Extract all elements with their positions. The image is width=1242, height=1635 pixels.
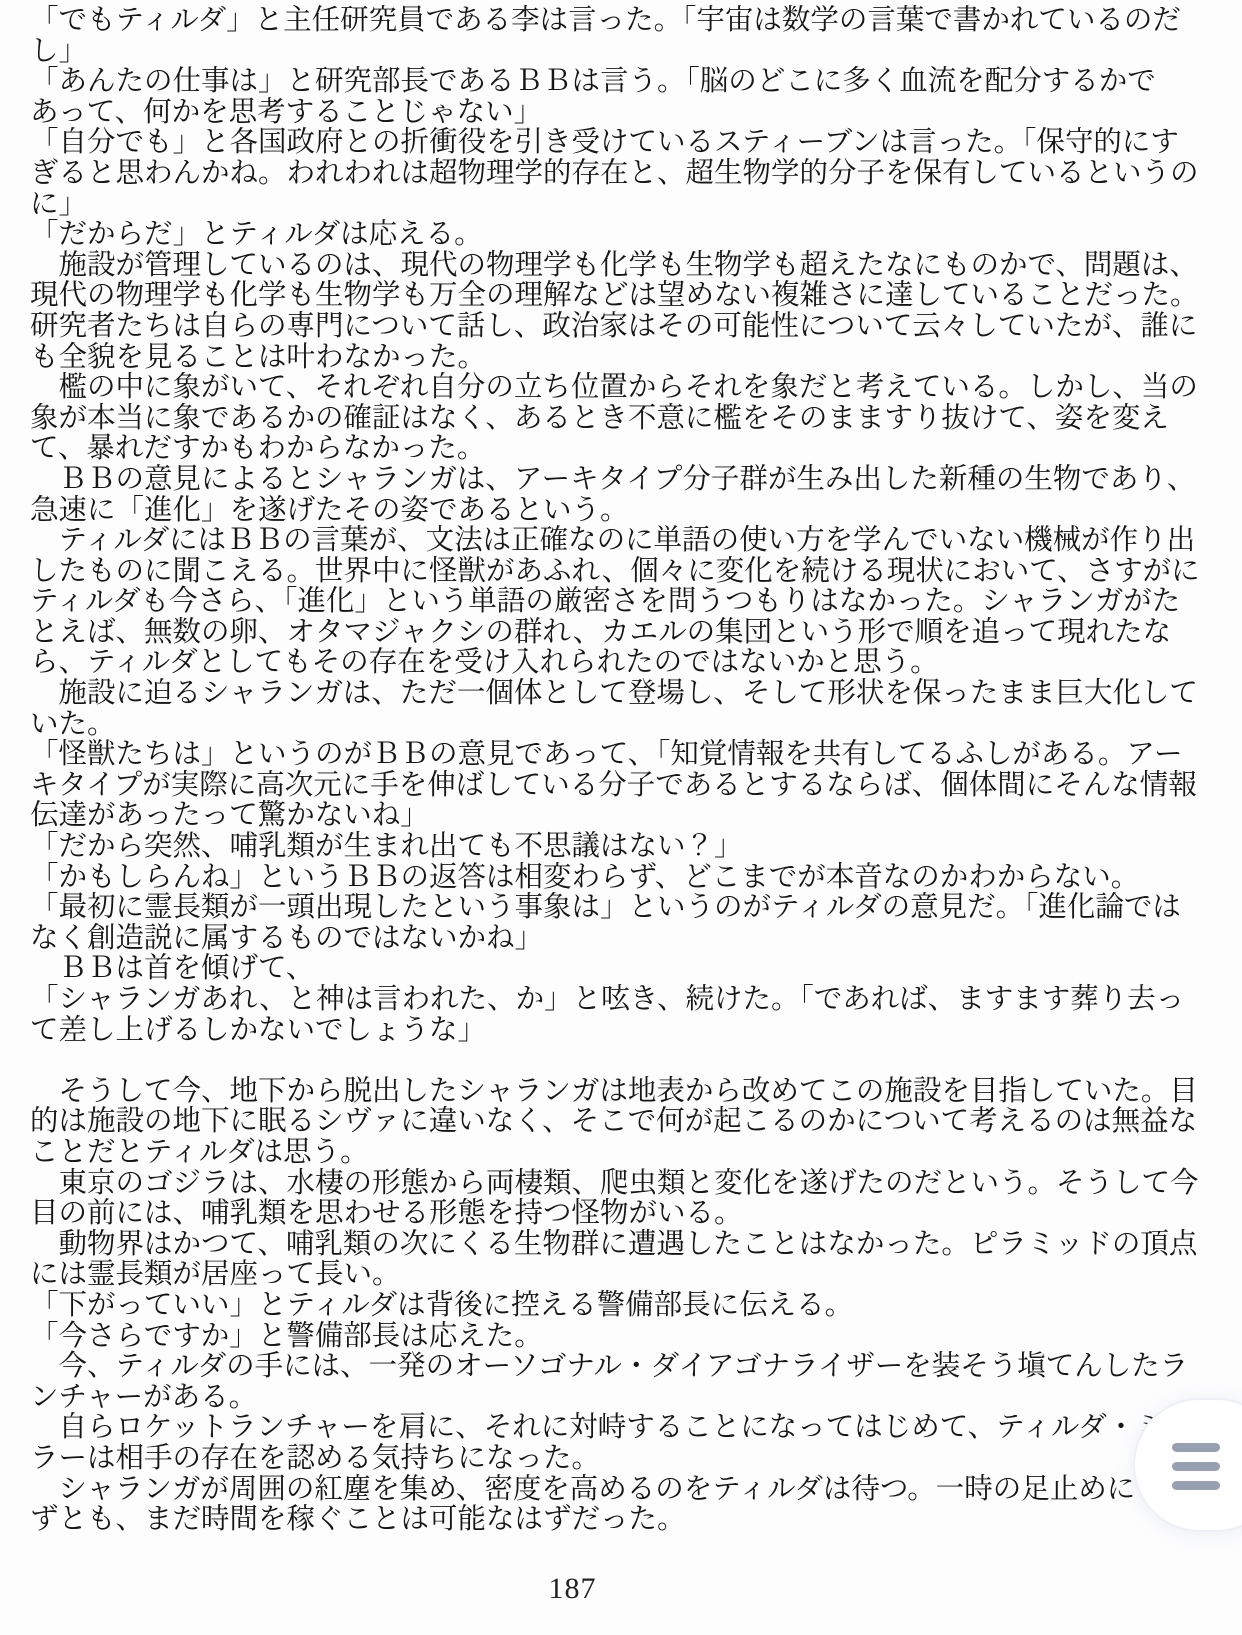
text-line: 「あんたの仕事は」と研究部長であるＢＢは言う。「脳のどこに多く血流を配分するかで	[30, 67, 1115, 98]
text-line: 「かもしらんね」というＢＢの返答は相変わらず、どこまでが本音なのかわからない。	[30, 863, 1115, 894]
text-line: ら、ティルダとしてもその存在を受け入れられたのではないかと思う。	[30, 648, 1115, 679]
text-line: ＢＢは首を傾げて、	[30, 954, 1115, 985]
text-line: なく創造説に属するものではないかね」	[30, 924, 1115, 955]
text-line: 施設に迫るシャランガは、ただ一個体として登場し、そして形状を保ったまま巨大化して	[30, 679, 1115, 710]
text-line: キタイプが実際に高次元に手を伸ばしている分子であるとするならば、個体間にそんな情…	[30, 771, 1115, 802]
text-line: ことだとティルダは思う。	[30, 1138, 1115, 1169]
text-line: て差し上げるしかないでしょうな」	[30, 1016, 1115, 1047]
text-line: に」	[30, 190, 1115, 221]
page-number: 187	[30, 1572, 1115, 1606]
text-line: ずとも、まだ時間を稼ぐことは可能なはずだった。	[30, 1505, 1115, 1536]
text-line: 今、ティルダの手には、一発のオーソゴナル・ダイアゴナライザーを装そう塡てんしたラ	[30, 1352, 1115, 1383]
text-line: あって、何かを思考することじゃない」	[30, 98, 1115, 129]
text-line: 「今さらですか」と警備部長は応えた。	[30, 1322, 1115, 1353]
hamburger-bar	[1172, 1481, 1220, 1490]
text-line: 「シャランガあれ、と神は言われた、か」と呟き、続けた。「であれば、ますます葬り去…	[30, 985, 1115, 1016]
text-line: そうして今、地下から脱出したシャランガは地表から改めてこの施設を目指していた。目	[30, 1077, 1115, 1108]
text-line: 檻の中に象がいて、それぞれ自分の立ち位置からそれを象だと考えている。しかし、当の	[30, 373, 1115, 404]
text-line: には霊長類が居座って長い。	[30, 1260, 1115, 1291]
text-line: ＢＢの意見によるとシャランガは、アーキタイプ分子群が生み出した新種の生物であり、	[30, 465, 1115, 496]
text-line: 急速に「進化」を遂げたその姿であるという。	[30, 496, 1115, 527]
text-line: 動物界はかつて、哺乳類の次にくる生物群に遭遇したことはなかった。ピラミッドの頂点	[30, 1230, 1115, 1261]
text-line: 象が本当に象であるかの確証はなく、あるとき不意に檻をそのまますり抜けて、姿を変え	[30, 404, 1115, 435]
text-line: 「だからだ」とティルダは応える。	[30, 220, 1115, 251]
text-line: て、暴れだすかもわからなかった。	[30, 434, 1115, 465]
text-line: 研究者たちは自らの専門について話し、政治家はその可能性について云々していたが、誰…	[30, 312, 1115, 343]
text-line: 「最初に霊長類が一頭出現したという事象は」というのがティルダの意見だ。「進化論で…	[30, 893, 1115, 924]
text-line: したものに聞こえる。世界中に怪獣があふれ、個々に変化を続ける現状において、さすが…	[30, 557, 1115, 588]
hamburger-bar	[1172, 1462, 1220, 1471]
text-line: ぎると思わんかね。われわれは超物理学的存在と、超生物学的分子を保有しているという…	[30, 159, 1115, 190]
hamburger-icon	[1172, 1443, 1220, 1490]
text-line: 目の前には、哺乳類を思わせる形態を持つ怪物がいる。	[30, 1199, 1115, 1230]
text-line: 東京のゴジラは、水棲の形態から両棲類、爬虫類と変化を遂げたのだという。そうして今	[30, 1169, 1115, 1200]
text-line: 的は施設の地下に眠るシヴァに違いなく、そこで何が起こるのかについて考えるのは無益…	[30, 1107, 1115, 1138]
text-line: 「でもティルダ」と主任研究員である李は言った。「宇宙は数学の言葉で書かれているの…	[30, 6, 1115, 37]
text-line: し」	[30, 37, 1115, 68]
hamburger-bar	[1172, 1443, 1220, 1452]
text-line: 現代の物理学も化学も生物学も万全の理解などは望めない複雑さに達していることだった…	[30, 281, 1115, 312]
text-line: いた。	[30, 710, 1115, 741]
text-line: ティルダも今さら、「進化」という単語の厳密さを問うつもりはなかった。シャランガが…	[30, 587, 1115, 618]
text-line: も全貌を見ることは叶わなかった。	[30, 343, 1115, 374]
text-line: 自らロケットランチャーを肩に、それに対峙することになってはじめて、ティルダ・ミ	[30, 1413, 1115, 1444]
text-line: 「自分でも」と各国政府との折衝役を引き受けているスティーブンは言った。「保守的に…	[30, 128, 1115, 159]
text-line: 「下がっていい」とティルダは背後に控える警備部長に伝える。	[30, 1291, 1115, 1322]
text-line: ンチャーがある。	[30, 1383, 1115, 1414]
text-line: 「怪獣たちは」というのがＢＢの意見であって、「知覚情報を共有してるふしがある。ア…	[30, 740, 1115, 771]
text-column: 「でもティルダ」と主任研究員である李は言った。「宇宙は数学の言葉で書かれているの…	[30, 6, 1115, 1536]
text-line: とえば、無数の卵、オタマジャクシの群れ、カエルの集団という形で順を追って現れたな	[30, 618, 1115, 649]
blank-line	[30, 1046, 1115, 1077]
text-line: ティルダにはＢＢの言葉が、文法は正確なのに単語の使い方を学んでいない機械が作り出	[30, 526, 1115, 557]
text-line: シャランガが周囲の紅塵を集め、密度を高めるのをティルダは待つ。一時の足止めにすぎ	[30, 1475, 1115, 1506]
book-page: 「でもティルダ」と主任研究員である李は言った。「宇宙は数学の言葉で書かれているの…	[0, 0, 1242, 1635]
text-line: 施設が管理しているのは、現代の物理学も化学も生物学も超えたなにものかで、問題は、	[30, 251, 1115, 282]
text-line: 伝達があったって驚かないね」	[30, 801, 1115, 832]
text-line: ラーは相手の存在を認める気持ちになった。	[30, 1444, 1115, 1475]
text-line: 「だから突然、哺乳類が生まれ出ても不思議はない？」	[30, 832, 1115, 863]
